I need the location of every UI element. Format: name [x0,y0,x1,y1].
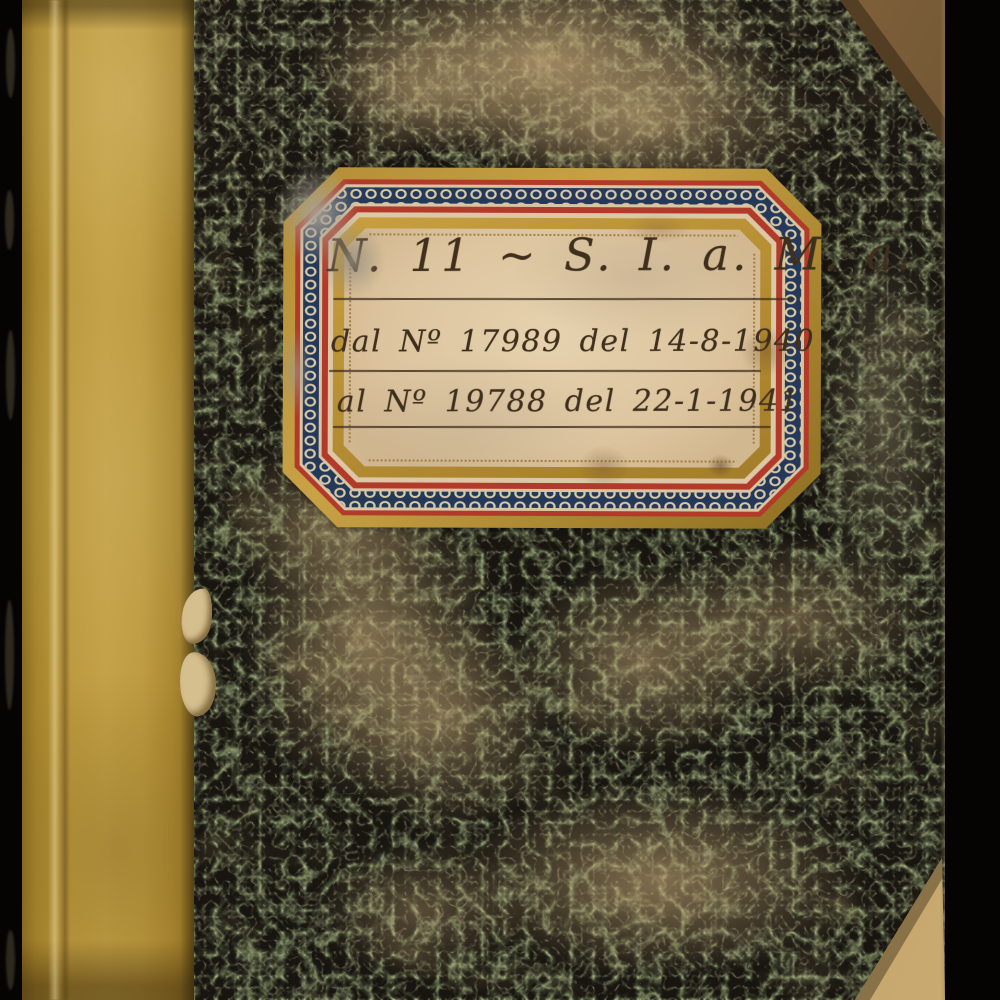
photo-stage: N. 11 ~ S. I. a. M. a. dal Nº 17989 del … [0,0,1000,1000]
spine-edge-script-marks [6,28,15,98]
cover-right-edge-highlight [940,0,945,1000]
label-line-to: al Nº 19788 del 22-1-1941 [337,384,800,420]
spine-edge-script-marks [6,930,15,990]
spine-edge-script-marks [5,190,14,250]
title-label: N. 11 ~ S. I. a. M. a. dal Nº 17989 del … [282,167,821,529]
label-stain [568,438,638,496]
spine-edge-script-marks [6,330,15,420]
label-underline-from [329,370,761,372]
label-wear-top-left [271,161,402,311]
book-cover: N. 11 ~ S. I. a. M. a. dal Nº 17989 del … [194,0,945,1000]
spine-hinge-shadow [180,0,194,1000]
book-spine [22,0,194,1000]
label-stain [703,451,739,481]
spine-edge-script-marks [5,600,14,710]
label-underline-to [333,426,771,428]
label-line-title: N. 11 ~ S. I. a. M. a. [327,227,913,282]
spine-ridge [48,0,70,1000]
label-line-from: dal Nº 17989 del 14-8-1940 [331,324,815,360]
label-underline-title [333,298,795,300]
label-wear-left-edge [279,317,313,427]
